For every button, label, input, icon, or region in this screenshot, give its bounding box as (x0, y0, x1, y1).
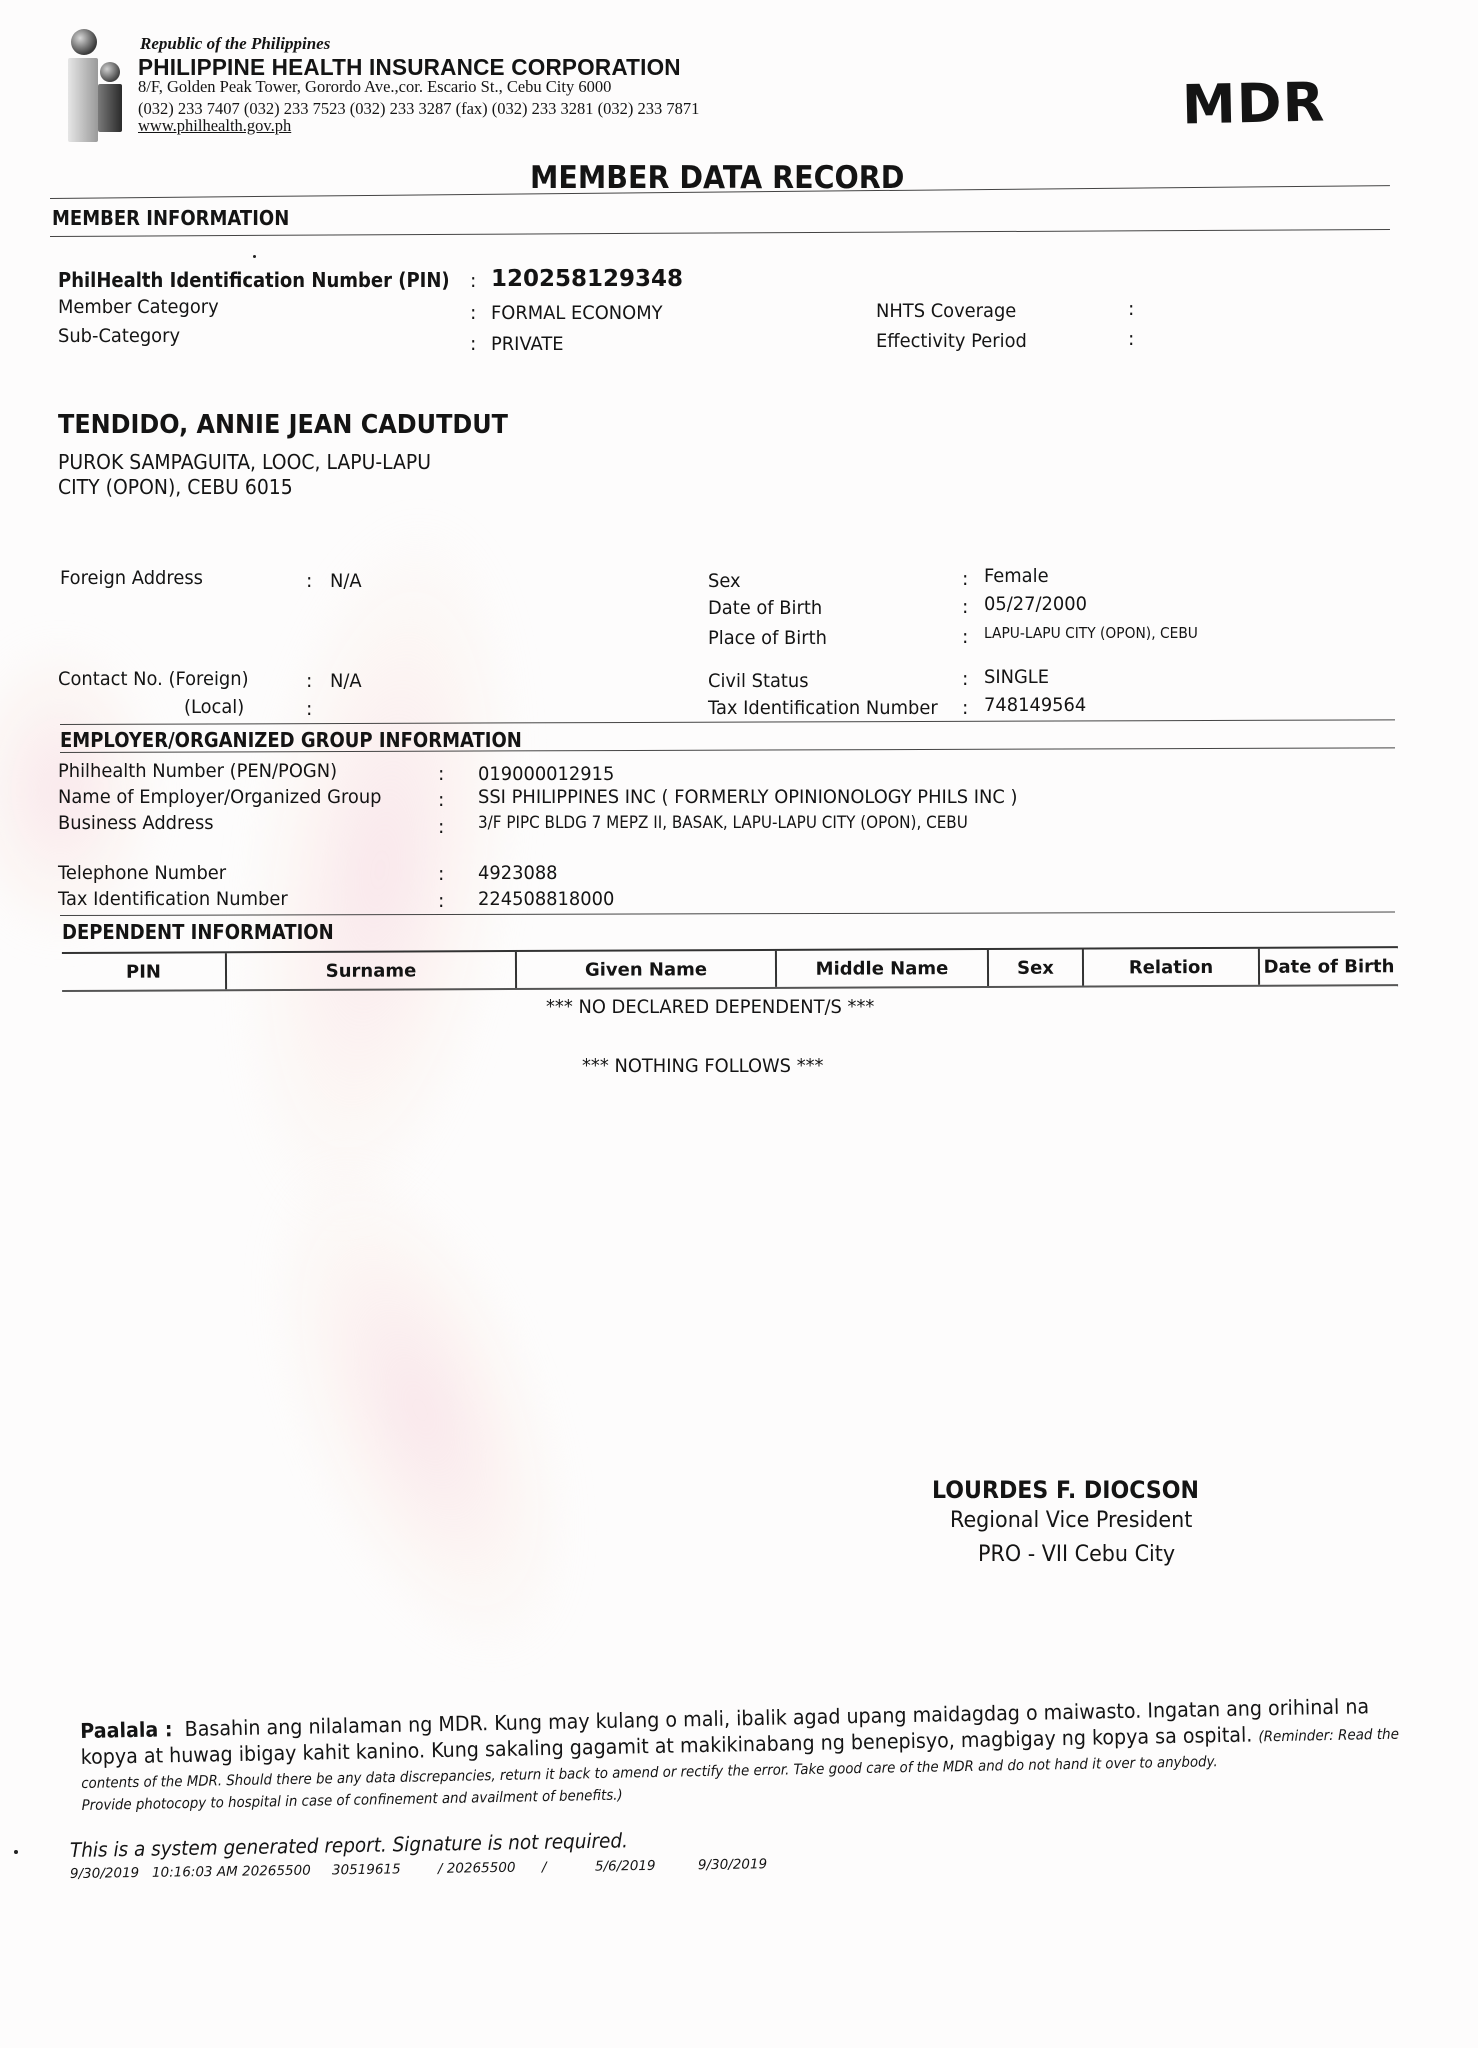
member-address-line: PUROK SAMPAGUITA, LOOC, LAPU-LAPU (58, 450, 431, 474)
sex-value: Female (984, 565, 1049, 587)
colon: : (470, 270, 476, 292)
print-date: 9/30/2019 (70, 1865, 139, 1882)
signatory-title: Regional Vice President (950, 1508, 1192, 1533)
reminder-label: Paalala : (80, 1717, 173, 1743)
employer-tin-value: 224508818000 (478, 888, 614, 910)
colon: : (438, 789, 444, 811)
column-header-date-of-birth: Date of Birth (1260, 948, 1398, 985)
business-address-value: 3/F PIPC BLDG 7 MEPZ II, BASAK, LAPU-LAP… (478, 813, 968, 832)
colon: : (306, 698, 312, 720)
column-header-middle-name: Middle Name (777, 950, 989, 987)
employer-name-label: Name of Employer/Organized Group (58, 786, 381, 808)
column-header-pin: PIN (62, 953, 227, 990)
colon: : (438, 816, 444, 838)
colon: : (1128, 298, 1134, 320)
colon: : (438, 890, 444, 912)
column-header-given-name: Given Name (517, 951, 777, 988)
contact-local-label: (Local) (184, 696, 244, 718)
divider (50, 229, 1390, 237)
form-code: MDR (1181, 71, 1325, 137)
employer-telephone-label: Telephone Number (58, 862, 226, 884)
employer-name-value: SSI PHILIPPINES INC ( FORMERLY OPINIONOL… (478, 786, 1017, 808)
republic-label: Republic of the Philippines (140, 34, 330, 54)
column-header-sex: Sex (989, 950, 1084, 986)
employer-telephone-value: 4923088 (478, 862, 558, 884)
employer-tin-label: Tax Identification Number (58, 888, 288, 910)
signatory-office: PRO - VII Cebu City (978, 1542, 1175, 1567)
separator: / (542, 1859, 547, 1875)
colon: : (470, 302, 476, 324)
user-code: / 20265500 (438, 1860, 516, 1877)
colon: : (962, 568, 968, 590)
member-category-label: Member Category (58, 296, 219, 318)
print-time-user: 10:16:03 AM 20265500 (152, 1863, 311, 1881)
place-of-birth-value: LAPU-LAPU CITY (OPON), CEBU (984, 624, 1198, 642)
effectivity-period-label: Effectivity Period (876, 330, 1027, 352)
colon: : (1128, 328, 1134, 350)
foreign-address-value: N/A (330, 570, 362, 592)
pin-value: 120258129348 (491, 266, 683, 292)
member-address-line: CITY (OPON), CEBU 6015 (58, 475, 293, 499)
speck (253, 255, 256, 258)
foreign-address-label: Foreign Address (60, 567, 203, 589)
pin-label: PhilHealth Identification Number (PIN) (58, 268, 450, 292)
colon: : (306, 670, 312, 692)
section-member-information: MEMBER INFORMATION (52, 206, 289, 230)
pen-value: 019000012915 (478, 763, 614, 785)
website-link[interactable]: www.philhealth.gov.ph (138, 116, 291, 136)
colon: : (962, 668, 968, 690)
section-employer-information: EMPLOYER/ORGANIZED GROUP INFORMATION (60, 728, 522, 752)
business-address-label: Business Address (58, 812, 214, 834)
date-of-birth-label: Date of Birth (708, 597, 822, 619)
corporation-address: 8/F, Golden Peak Tower, Gorordo Ave.,cor… (138, 77, 611, 97)
civil-status-label: Civil Status (708, 670, 809, 692)
colon: : (962, 596, 968, 618)
philhealth-logo-icon (62, 28, 132, 146)
reminder-english-start: (Reminder: Read the (1258, 1727, 1399, 1746)
member-category-value: FORMAL ECONOMY (491, 302, 663, 324)
colon: : (962, 697, 968, 719)
colon: : (470, 333, 476, 355)
member-tin-value: 748149564 (984, 694, 1086, 716)
place-of-birth-label: Place of Birth (708, 627, 827, 649)
nothing-follows-message: *** NOTHING FOLLOWS *** (582, 1055, 823, 1077)
colon: : (438, 863, 444, 885)
date-of-birth-value: 05/27/2000 (984, 593, 1087, 615)
signatory-name: LOURDES F. DIOCSON (932, 1476, 1199, 1504)
civil-status-value: SINGLE (984, 666, 1049, 688)
member-name: TENDIDO, ANNIE JEAN CADUTDUT (58, 410, 508, 440)
record-date: 5/6/2019 (595, 1858, 656, 1875)
sub-category-label: Sub-Category (58, 325, 180, 347)
no-dependents-message: *** NO DECLARED DEPENDENT/S *** (546, 996, 874, 1018)
divider (60, 719, 1395, 725)
column-header-surname: Surname (227, 952, 517, 989)
nhts-coverage-label: NHTS Coverage (876, 300, 1016, 322)
divider (60, 912, 1395, 916)
reference-code: 30519615 (332, 1861, 401, 1878)
colon: : (962, 626, 968, 648)
speck (14, 1850, 18, 1854)
colon: : (306, 570, 312, 592)
member-tin-label: Tax Identification Number (708, 697, 938, 719)
system-generated-note: This is a system generated report. Signa… (70, 1828, 628, 1862)
contact-foreign-value: N/A (330, 670, 362, 692)
contact-foreign-label: Contact No. (Foreign) (58, 668, 249, 690)
column-header-relation: Relation (1084, 949, 1260, 986)
sub-category-value: PRIVATE (491, 333, 564, 355)
pen-label: Philhealth Number (PEN/POGN) (58, 760, 337, 782)
report-date: 9/30/2019 (698, 1856, 767, 1873)
light-leak (211, 1124, 628, 1696)
dependents-table-header: PIN Surname Given Name Middle Name Sex R… (62, 946, 1398, 992)
colon: : (438, 763, 444, 785)
section-dependent-information: DEPENDENT INFORMATION (62, 920, 334, 944)
sex-label: Sex (708, 570, 741, 592)
reminder-note: Paalala : Basahin ang nilalaman ng MDR. … (80, 1693, 1402, 1817)
